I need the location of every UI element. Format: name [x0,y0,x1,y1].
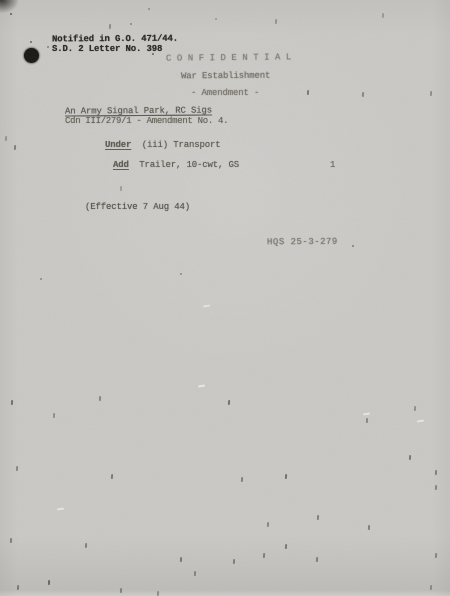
speck-mark [417,420,424,423]
speck-mark [14,145,16,150]
speck-mark [414,406,416,411]
speck-mark [307,90,309,95]
speck-mark [30,41,32,43]
speck-mark [85,543,87,548]
speck-mark [316,557,318,562]
speck-mark [57,508,64,511]
speck-mark [53,413,55,418]
speck-mark [215,18,217,20]
speck-mark [10,13,12,15]
speck-mark [194,571,196,576]
speck-mark [10,538,12,543]
speck-mark [233,559,235,564]
speck-mark [366,418,368,423]
speck-mark [275,19,277,24]
speck-mark [111,474,113,479]
speck-mark [382,13,384,18]
speck-mark [47,46,49,48]
unit-title-text: An Army Signal Park, RC Sigs [65,105,212,116]
effective-date-note: (Effective 7 Aug 44) [85,203,190,212]
speck-mark [368,525,370,530]
speck-mark [263,553,265,558]
document-subheading: - Amendment - [191,89,259,98]
reference-line: Cdn III/279/1 - Amendment No. 4. [65,117,228,126]
speck-mark [198,385,205,388]
speck-mark [130,23,132,25]
speck-mark [267,522,269,527]
speck-mark [109,24,111,29]
under-detail: (iii) Transport [131,140,220,150]
add-quantity: 1 [330,161,335,170]
speck-mark [241,477,243,482]
scan-corner-mark [0,0,20,14]
speck-mark [285,474,287,479]
speck-mark [363,413,370,416]
document-heading: War Establishment [181,72,270,82]
speck-mark [5,136,7,141]
speck-mark [17,585,19,590]
speck-mark [228,400,230,405]
speck-mark [317,515,319,520]
under-label: Under [105,140,131,150]
letter-number-line: S.D. 2 Letter No. 398 [52,45,162,54]
speck-mark [11,400,13,405]
hole-punch-mark [24,48,39,63]
classification-stamp: C O N F I D E N T I A L [166,53,291,63]
unit-title: An Army Signal Park, RC Sigs [65,106,212,116]
speck-mark [435,485,437,490]
speck-mark [157,591,159,596]
speck-mark [148,8,150,10]
speck-mark [362,92,364,97]
file-reference: HQS 25-3-279 [267,238,338,247]
speck-mark [120,186,122,191]
under-clause: Under (iii) Transport [105,141,221,150]
add-label: Add [113,160,129,170]
speck-mark [203,305,210,308]
speck-mark [285,544,287,549]
speck-mark [430,585,432,590]
speck-mark [180,273,182,275]
scanned-document-page: Notified in G.O. 471/44. S.D. 2 Letter N… [0,0,450,596]
speck-mark [99,396,101,401]
speck-mark [409,455,411,460]
add-detail: Trailer, 10-cwt, GS [129,160,239,170]
speck-mark [430,91,432,96]
speck-mark [40,278,42,280]
speck-mark [435,470,437,475]
speck-mark [48,580,50,585]
speck-mark [16,466,18,471]
speck-mark [120,588,122,593]
add-clause: Add Trailer, 10-cwt, GS [113,161,239,170]
speck-mark [352,245,354,247]
speck-mark [180,557,182,562]
speck-mark [435,553,437,558]
notified-line: Notified in G.O. 471/44. [52,35,178,45]
